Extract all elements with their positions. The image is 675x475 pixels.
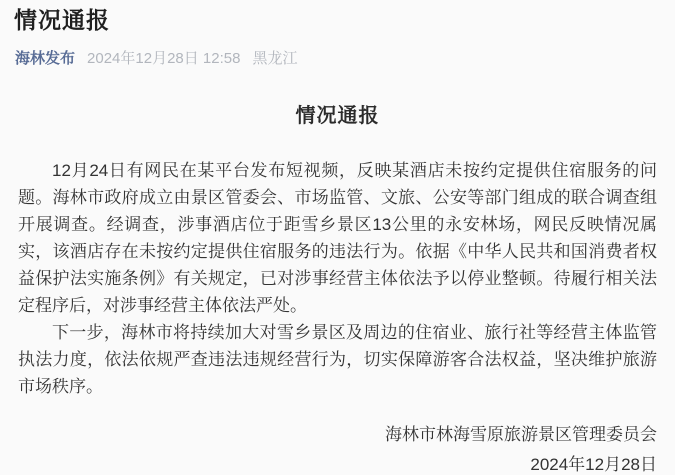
signature-block: 海林市林海雪原旅游景区管理委员会 2024年12月28日 bbox=[0, 420, 675, 475]
article-paragraph-2: 下一步，海林市将持续加大对雪乡景区及周边的住宿业、旅行社等经营主体监管执法力度，… bbox=[18, 319, 657, 400]
page-title: 情况通报 bbox=[14, 6, 661, 34]
article-heading: 情况通报 bbox=[0, 104, 675, 128]
article-paragraph-1: 12月24日有网民在某平台发布短视频，反映某酒店未按约定提供住宿服务的问题。海林… bbox=[18, 157, 657, 319]
signature-date: 2024年12月28日 bbox=[18, 450, 657, 475]
account-name-link[interactable]: 海林发布 bbox=[15, 50, 75, 67]
article-page: 情况通报 海林发布2024年12月28日 12:58黑龙江 情况通报 12月24… bbox=[0, 0, 675, 475]
article-body: 12月24日有网民在某平台发布短视频，反映某酒店未按约定提供住宿服务的问题。海林… bbox=[0, 157, 675, 400]
publish-location: 黑龙江 bbox=[252, 50, 297, 67]
byline: 海林发布2024年12月28日 12:58黑龙江 bbox=[15, 49, 660, 69]
publish-datetime: 2024年12月28日 12:58 bbox=[87, 50, 240, 67]
signature-issuer: 海林市林海雪原旅游景区管理委员会 bbox=[18, 420, 657, 450]
